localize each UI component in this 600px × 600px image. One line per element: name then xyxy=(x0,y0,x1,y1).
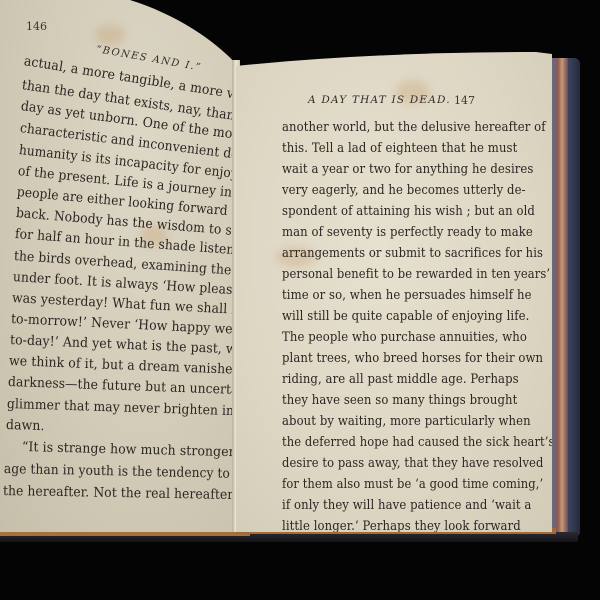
text-line: the deferred hope had caused the sick he… xyxy=(282,435,555,450)
text-line: they have seen so many things brought xyxy=(282,393,517,408)
text-line: about by waiting, more particularly when xyxy=(282,414,531,429)
book-photo: 146 “BONES AND I.” actual, a more tangib… xyxy=(0,0,600,600)
text-line: this. Tell a lad of eighteen that he mus… xyxy=(282,141,517,156)
text-line: arrangements or submit to sacrifices for… xyxy=(282,246,543,261)
text-line: desire to pass away, that they have reso… xyxy=(282,456,543,471)
text-line: little longer.’ Perhaps they look forwar… xyxy=(282,519,521,534)
text-line: if only they will have patience and ‘wai… xyxy=(282,498,531,513)
text-line: will still be quite capable of enjoying … xyxy=(282,309,529,324)
text-line: plant trees, who breed horses for their … xyxy=(282,351,543,366)
text-line: The people who purchase annuities, who xyxy=(282,330,527,345)
text-line: very eagerly, and he becomes utterly de- xyxy=(282,183,526,198)
text-line: for them also must be ‘a good time comin… xyxy=(282,477,543,492)
text-line: dawn. xyxy=(6,418,45,434)
text-line: riding, are all past middle age. Perhaps xyxy=(282,372,519,387)
page-number: 147 xyxy=(454,94,475,107)
text-line: darkness—the future but an uncertain xyxy=(8,375,251,398)
text-line: we think of it, but a dream vanished int… xyxy=(9,354,270,379)
running-head: A DAY THAT IS DEAD. xyxy=(308,94,451,106)
text-line: personal benefit to be rewarded in ten y… xyxy=(282,267,550,282)
text-line: spondent of attaining his wish ; but an … xyxy=(282,204,535,219)
paper-stain xyxy=(95,25,125,45)
right-page: A DAY THAT IS DEAD. 147 another world, b… xyxy=(236,52,552,532)
text-line: man of seventy is perfectly ready to mak… xyxy=(282,225,533,240)
left-page: 146 “BONES AND I.” actual, a more tangib… xyxy=(0,0,238,532)
text-line: glimmer that may never brighten into xyxy=(7,397,247,420)
text-line: the hereafter. Not the real hereafter of xyxy=(3,484,250,503)
text-line: wait a year or two for anything he desir… xyxy=(282,162,533,177)
page-number: 146 xyxy=(26,20,47,33)
text-line: another world, but the delusive hereafte… xyxy=(282,120,546,135)
text-line: time or so, when he persuades himself he xyxy=(282,288,532,303)
